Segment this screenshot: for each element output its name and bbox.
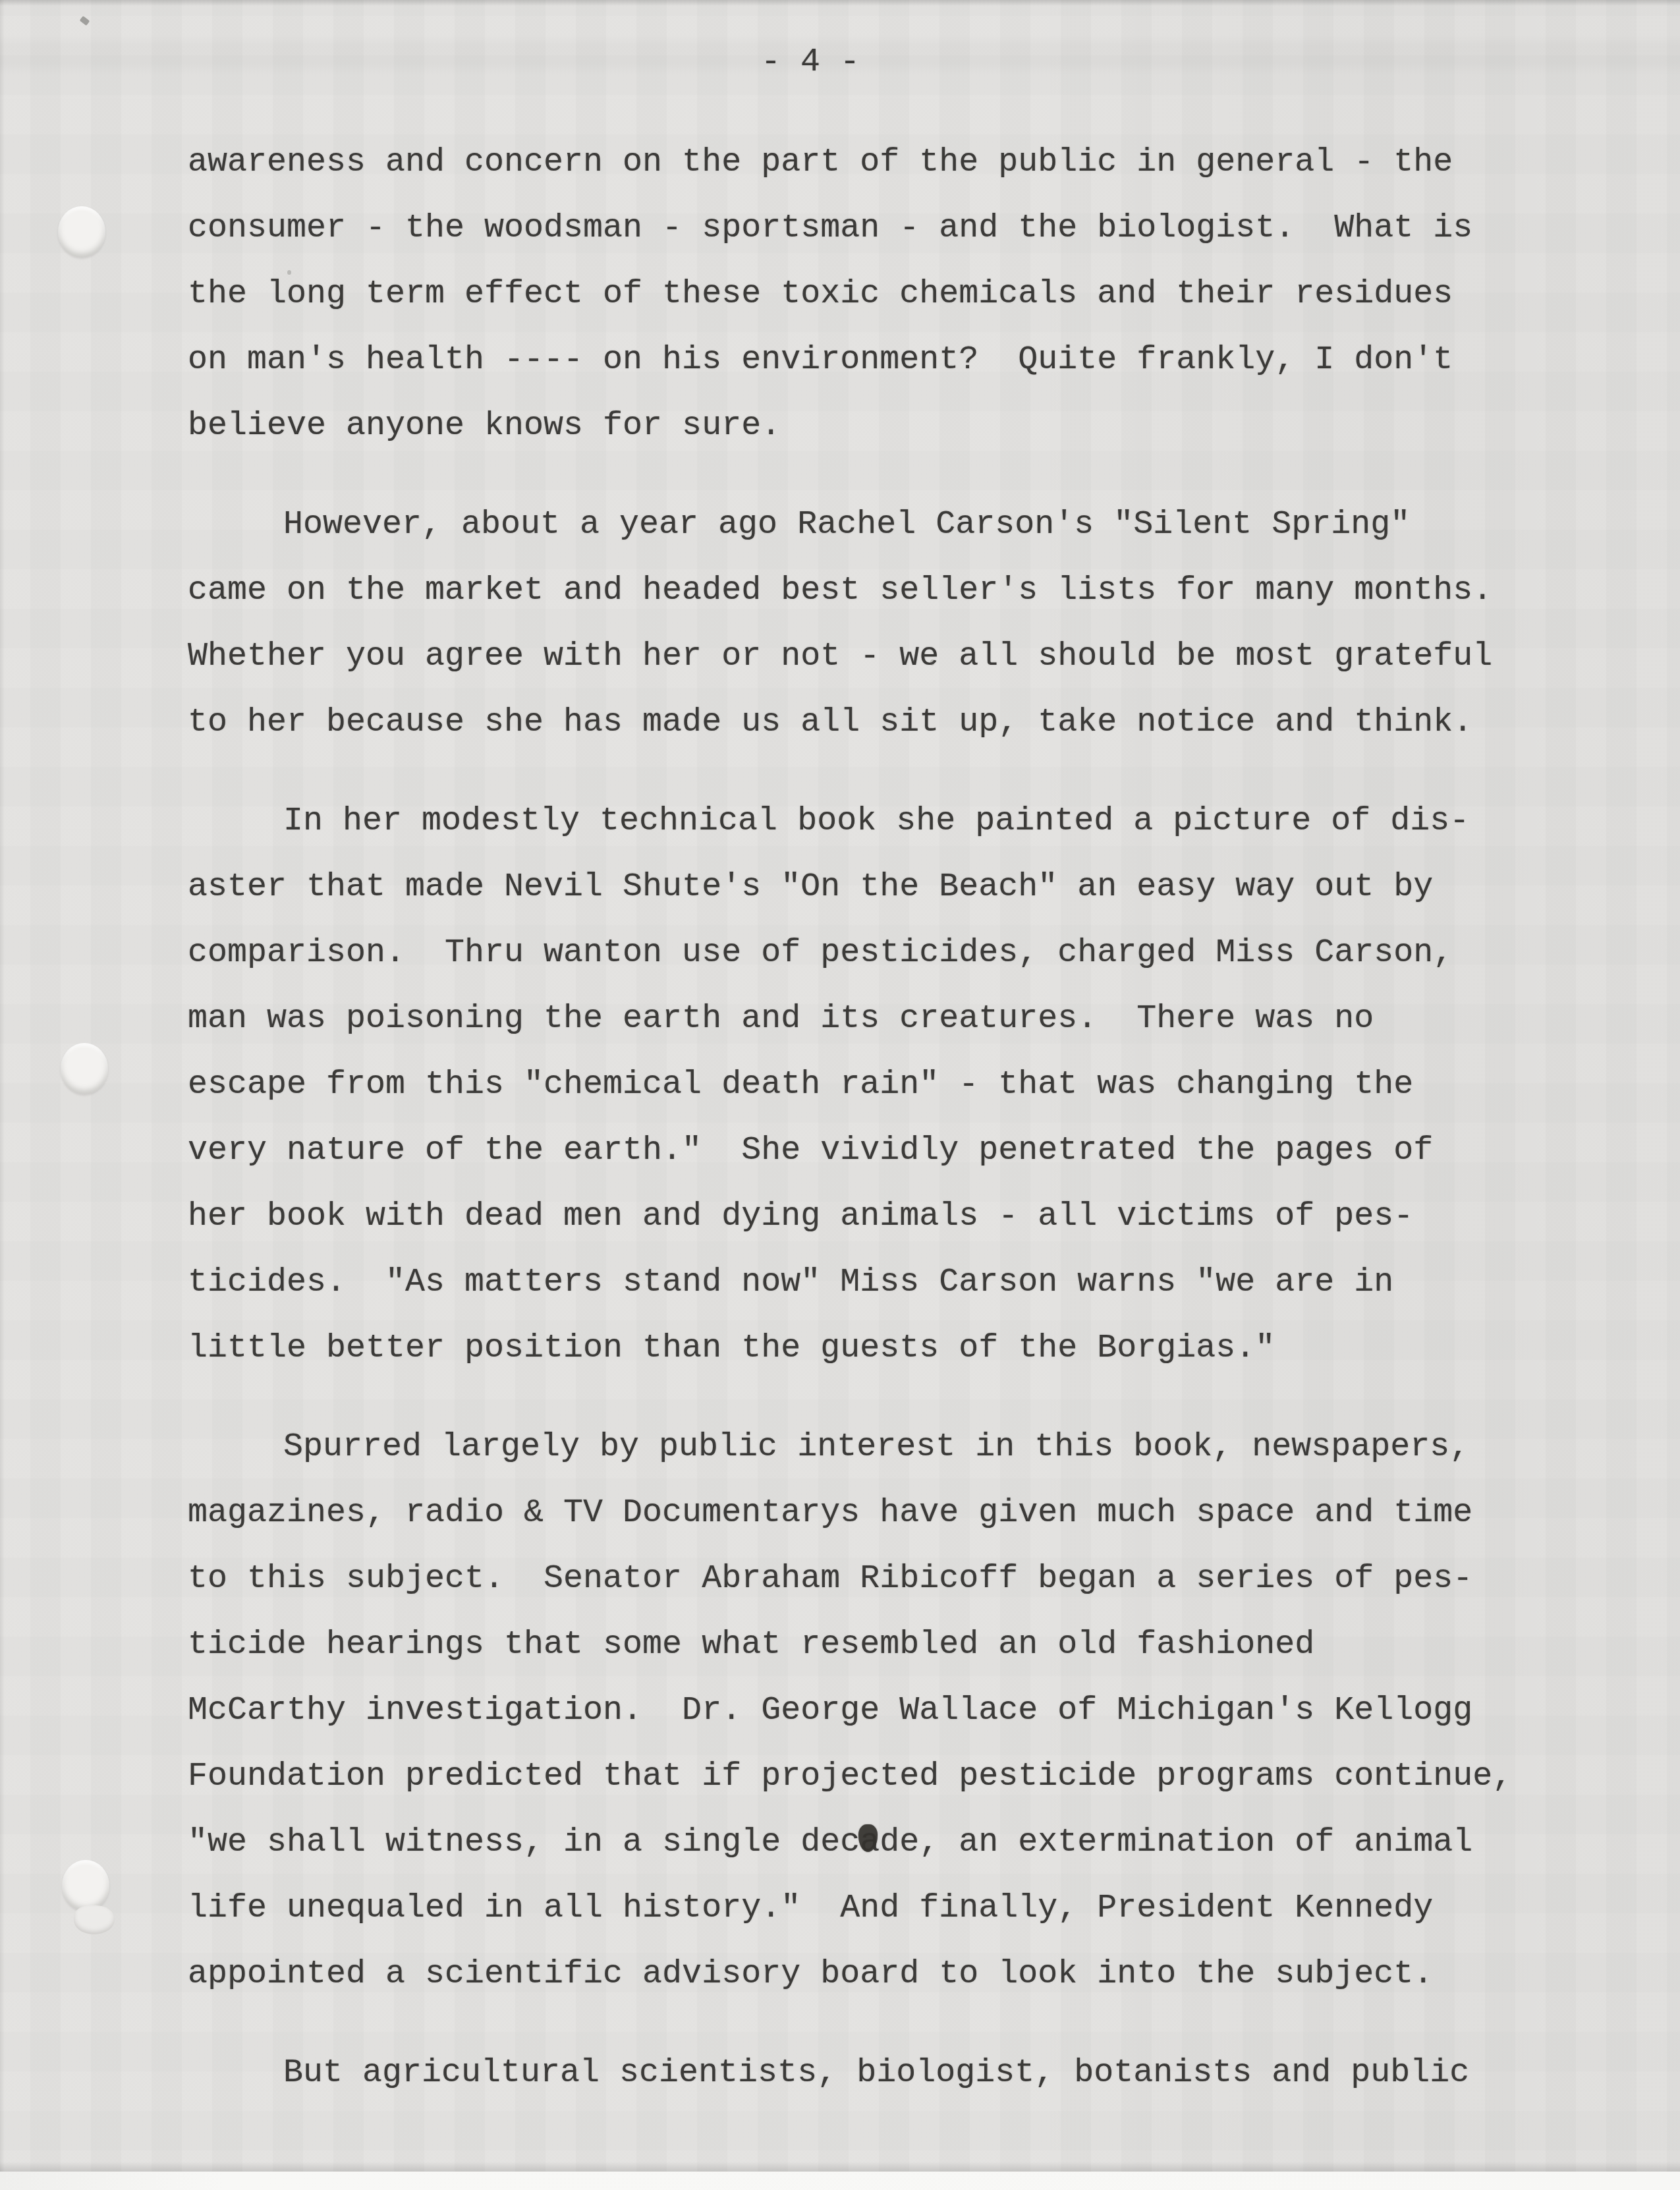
text-line: Whether you agree with her or not - we a…	[188, 624, 1584, 690]
paragraph: Spurred largely by public interest in th…	[188, 1415, 1584, 2007]
text-line: ticide hearings that some what resembled…	[188, 1612, 1584, 1678]
text-line: little better position than the guests o…	[188, 1316, 1584, 1382]
text-line: very nature of the earth." She vividly p…	[188, 1118, 1584, 1184]
text-line: life unequaled in all history." And fina…	[188, 1876, 1584, 1942]
scan-edge-strip	[0, 2172, 1680, 2190]
punch-hole-top	[58, 206, 105, 258]
text-line: ticides. "As matters stand now" Miss Car…	[188, 1250, 1584, 1316]
punch-hole-tear	[74, 1905, 115, 1934]
text-line: to her because she has made us all sit u…	[188, 690, 1584, 756]
paragraph: In her modestly technical book she paint…	[188, 789, 1584, 1382]
text-line: However, about a year ago Rachel Carson'…	[188, 492, 1584, 558]
paper-bottom-edge	[0, 2162, 1680, 2172]
text-line: McCarthy investigation. Dr. George Walla…	[188, 1678, 1584, 1744]
text-line: Foundation predicted that if projected p…	[188, 1744, 1584, 1810]
document-body: awareness and concern on the part of the…	[188, 130, 1584, 2139]
text-line: man was poisoning the earth and its crea…	[188, 986, 1584, 1052]
punch-hole-middle	[61, 1043, 108, 1094]
paragraph: awareness and concern on the part of the…	[188, 130, 1584, 459]
text-line: on man's health ---- on his environment?…	[188, 327, 1584, 393]
text-line: comparison. Thru wanton use of pesticide…	[188, 920, 1584, 986]
paper-speck	[930, 660, 934, 665]
text-line: believe anyone knows for sure.	[188, 393, 1584, 459]
text-line: Spurred largely by public interest in th…	[188, 1415, 1584, 1480]
text-line: came on the market and headed best selle…	[188, 558, 1584, 624]
text-line: magazines, radio & TV Documentarys have …	[188, 1480, 1584, 1546]
text-line: appointed a scientific advisory board to…	[188, 1942, 1584, 2007]
paper-speck	[80, 16, 90, 26]
text-line: the long term effect of these toxic chem…	[188, 262, 1584, 327]
punch-hole-bottom	[62, 1860, 109, 1911]
text-line: In her modestly technical book she paint…	[188, 789, 1584, 855]
text-line: aster that made Nevil Shute's "On the Be…	[188, 855, 1584, 920]
text-line: But agricultural scientists, biologist, …	[188, 2040, 1584, 2106]
text-line: consumer - the woodsman - sportsman - an…	[188, 196, 1584, 262]
text-line: to this subject. Senator Abraham Ribicof…	[188, 1546, 1584, 1612]
paragraph: But agricultural scientists, biologist, …	[188, 2040, 1584, 2106]
text-line: escape from this "chemical death rain" -…	[188, 1052, 1584, 1118]
text-line: her book with dead men and dying animals…	[188, 1184, 1584, 1250]
text-line: awareness and concern on the part of the…	[188, 130, 1584, 196]
paper-speck	[287, 270, 291, 275]
page-number: - 4 -	[761, 30, 860, 96]
text-line: "we shall witness, in a single decade, a…	[188, 1810, 1584, 1876]
document-page: - 4 - awareness and concern on the part …	[0, 0, 1680, 2190]
paragraph: However, about a year ago Rachel Carson'…	[188, 492, 1584, 756]
